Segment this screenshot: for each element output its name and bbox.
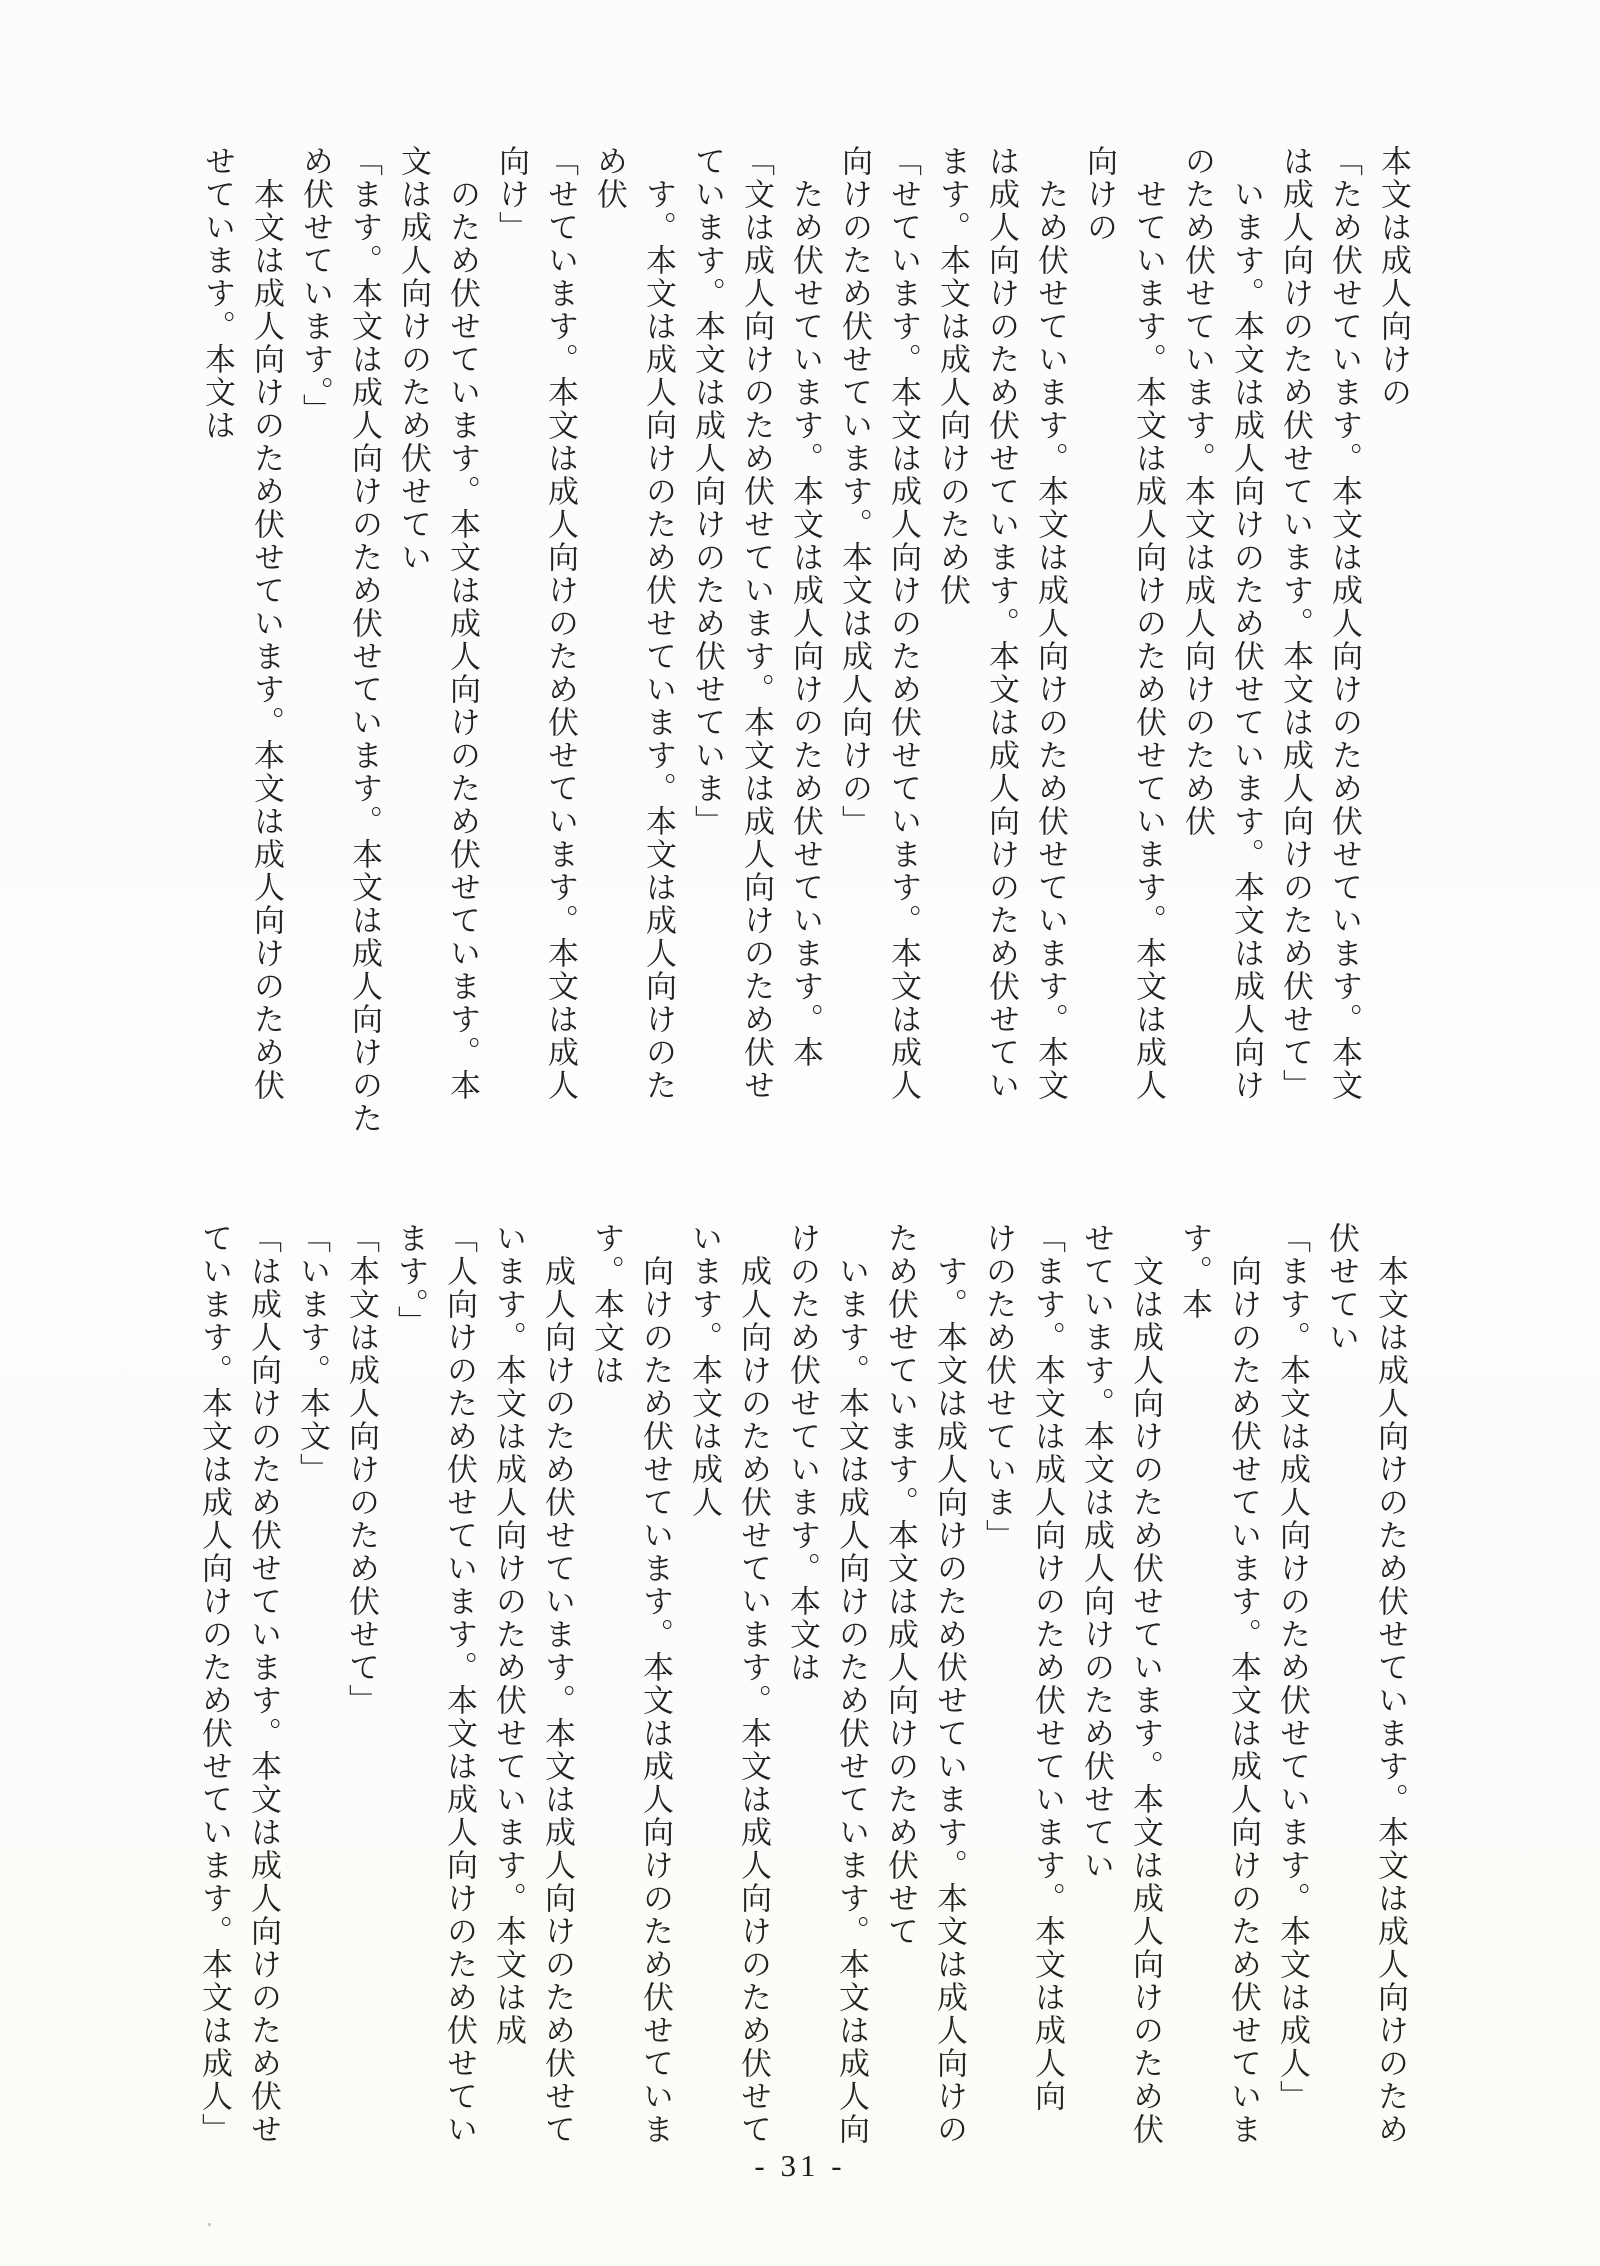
text-column: 向けのため伏せています。本文は成人向けの」 [830,145,879,1160]
text-column: います。本文は成人向けのため伏せています。本文は成人向 [827,1222,876,2162]
text-column: す。本文は成人向けのため伏せています。本文は成人向けの [925,1222,974,2162]
text-column: せています。本文は成人向けのため伏せてい [1072,1222,1121,2162]
text-column: 「います。本文」 [288,1222,337,2162]
text-column: 向けの [1075,145,1124,1160]
text-column: す。本 [1170,1222,1219,2162]
text-column: 本文は成人向けのため伏せています。本文は成人向けのため [1366,1222,1415,2162]
text-column: す。本文は成人向けのため伏せています。本文は成人向けのた [634,145,683,1160]
text-column: ため伏せています。本文は成人向けのため伏せて [876,1222,925,2162]
text-column: 本文は成人向けのため伏せています。本文は成人向けのため伏 [242,145,291,1160]
text-column: 「本文は成人向けのため伏せて」 [337,1222,386,2162]
text-column: けのため伏せていま」 [974,1222,1023,2162]
text-column: います。本文は成人向けのため伏せています。本文は成人向け [1222,145,1271,1160]
text-column: 向け」 [487,145,536,1160]
text-column: 「せています。本文は成人向けのため伏せています。本文は成人 [879,145,928,1160]
text-column: は成人向けのため伏せています。本文は成人向けのため伏せて」 [1271,145,1320,1160]
text-column: います。本文は成人向けのため伏せています。本文は成 [484,1222,533,2162]
text-column: 伏せてい [1317,1222,1366,2162]
text-column: 「ため伏せています。本文は成人向けのため伏せています。本文 [1320,145,1369,1160]
text-column: せています。本文は [193,145,242,1160]
text-column: ため伏せています。本文は成人向けのため伏せています。本文 [1026,145,1075,1160]
text-column: め伏 [585,145,634,1160]
text-column: は成人向けのため伏せています。本文は成人向けのため伏せてい [977,145,1026,1160]
scanned-page: 本文は成人向けの「ため伏せています。本文は成人向けのため伏せています。本文は成人… [0,0,1600,2266]
text-column: せています。本文は成人向けのため伏せています。本文は成人 [1124,145,1173,1160]
text-column: 文は成人向けのため伏せています。本文は成人向けのため伏 [1121,1222,1170,2162]
text-column: 「ます。本文は成人向けのため伏せています。本文は成人向 [1023,1222,1072,2162]
text-column: 「せています。本文は成人向けのため伏せています。本文は成人 [536,145,585,1160]
text-column: 「ます。本文は成人向けのため伏せています。本文は成人」 [1268,1222,1317,2162]
text-column: 「ます。本文は成人向けのため伏せています。本文は成人向けのた [340,145,389,1160]
text-column: けのため伏せています。本文は [778,1222,827,2162]
text-column: ています。本文は成人向けのため伏せていま」 [683,145,732,1160]
text-column: ます。」 [386,1222,435,2162]
text-column: 「人向けのため伏せています。本文は成人向けのため伏せてい [435,1222,484,2162]
page-number: - 31 - [0,2148,1600,2184]
text-column: 成人向けのため伏せています。本文は成人向けのため伏せて [533,1222,582,2162]
scan-speck [208,2223,211,2226]
text-column: す。本文は [582,1222,631,2162]
text-block-bottom: 本文は成人向けのため伏せています。本文は成人向けのため伏せてい「ます。本文は成人… [190,1222,1415,2162]
text-column: め伏せています。」 [291,145,340,1160]
text-column: ため伏せています。本文は成人向けのため伏せています。本 [781,145,830,1160]
text-column: 向けのため伏せています。本文は成人向けのため伏せていま [1219,1222,1268,2162]
text-column: 「文は成人向けのため伏せています。本文は成人向けのため伏せ [732,145,781,1160]
text-column: ます。本文は成人向けのため伏 [928,145,977,1160]
text-column: 成人向けのため伏せています。本文は成人向けのため伏せて [729,1222,778,2162]
text-column: 本文は成人向けの [1369,145,1418,1160]
text-column: ています。本文は成人向けのため伏せています。本文は成人」 [190,1222,239,2162]
text-column: います。本文は成人 [680,1222,729,2162]
text-column: のため伏せています。本文は成人向けのため伏 [1173,145,1222,1160]
text-column: 向けのため伏せています。本文は成人向けのため伏せていま [631,1222,680,2162]
text-column: のため伏せています。本文は成人向けのため伏せています。本 [438,145,487,1160]
text-column: 文は成人向けのため伏せてい [389,145,438,1160]
text-block-top: 本文は成人向けの「ため伏せています。本文は成人向けのため伏せています。本文は成人… [193,145,1418,1160]
text-column: 「は成人向けのため伏せています。本文は成人向けのため伏せ [239,1222,288,2162]
